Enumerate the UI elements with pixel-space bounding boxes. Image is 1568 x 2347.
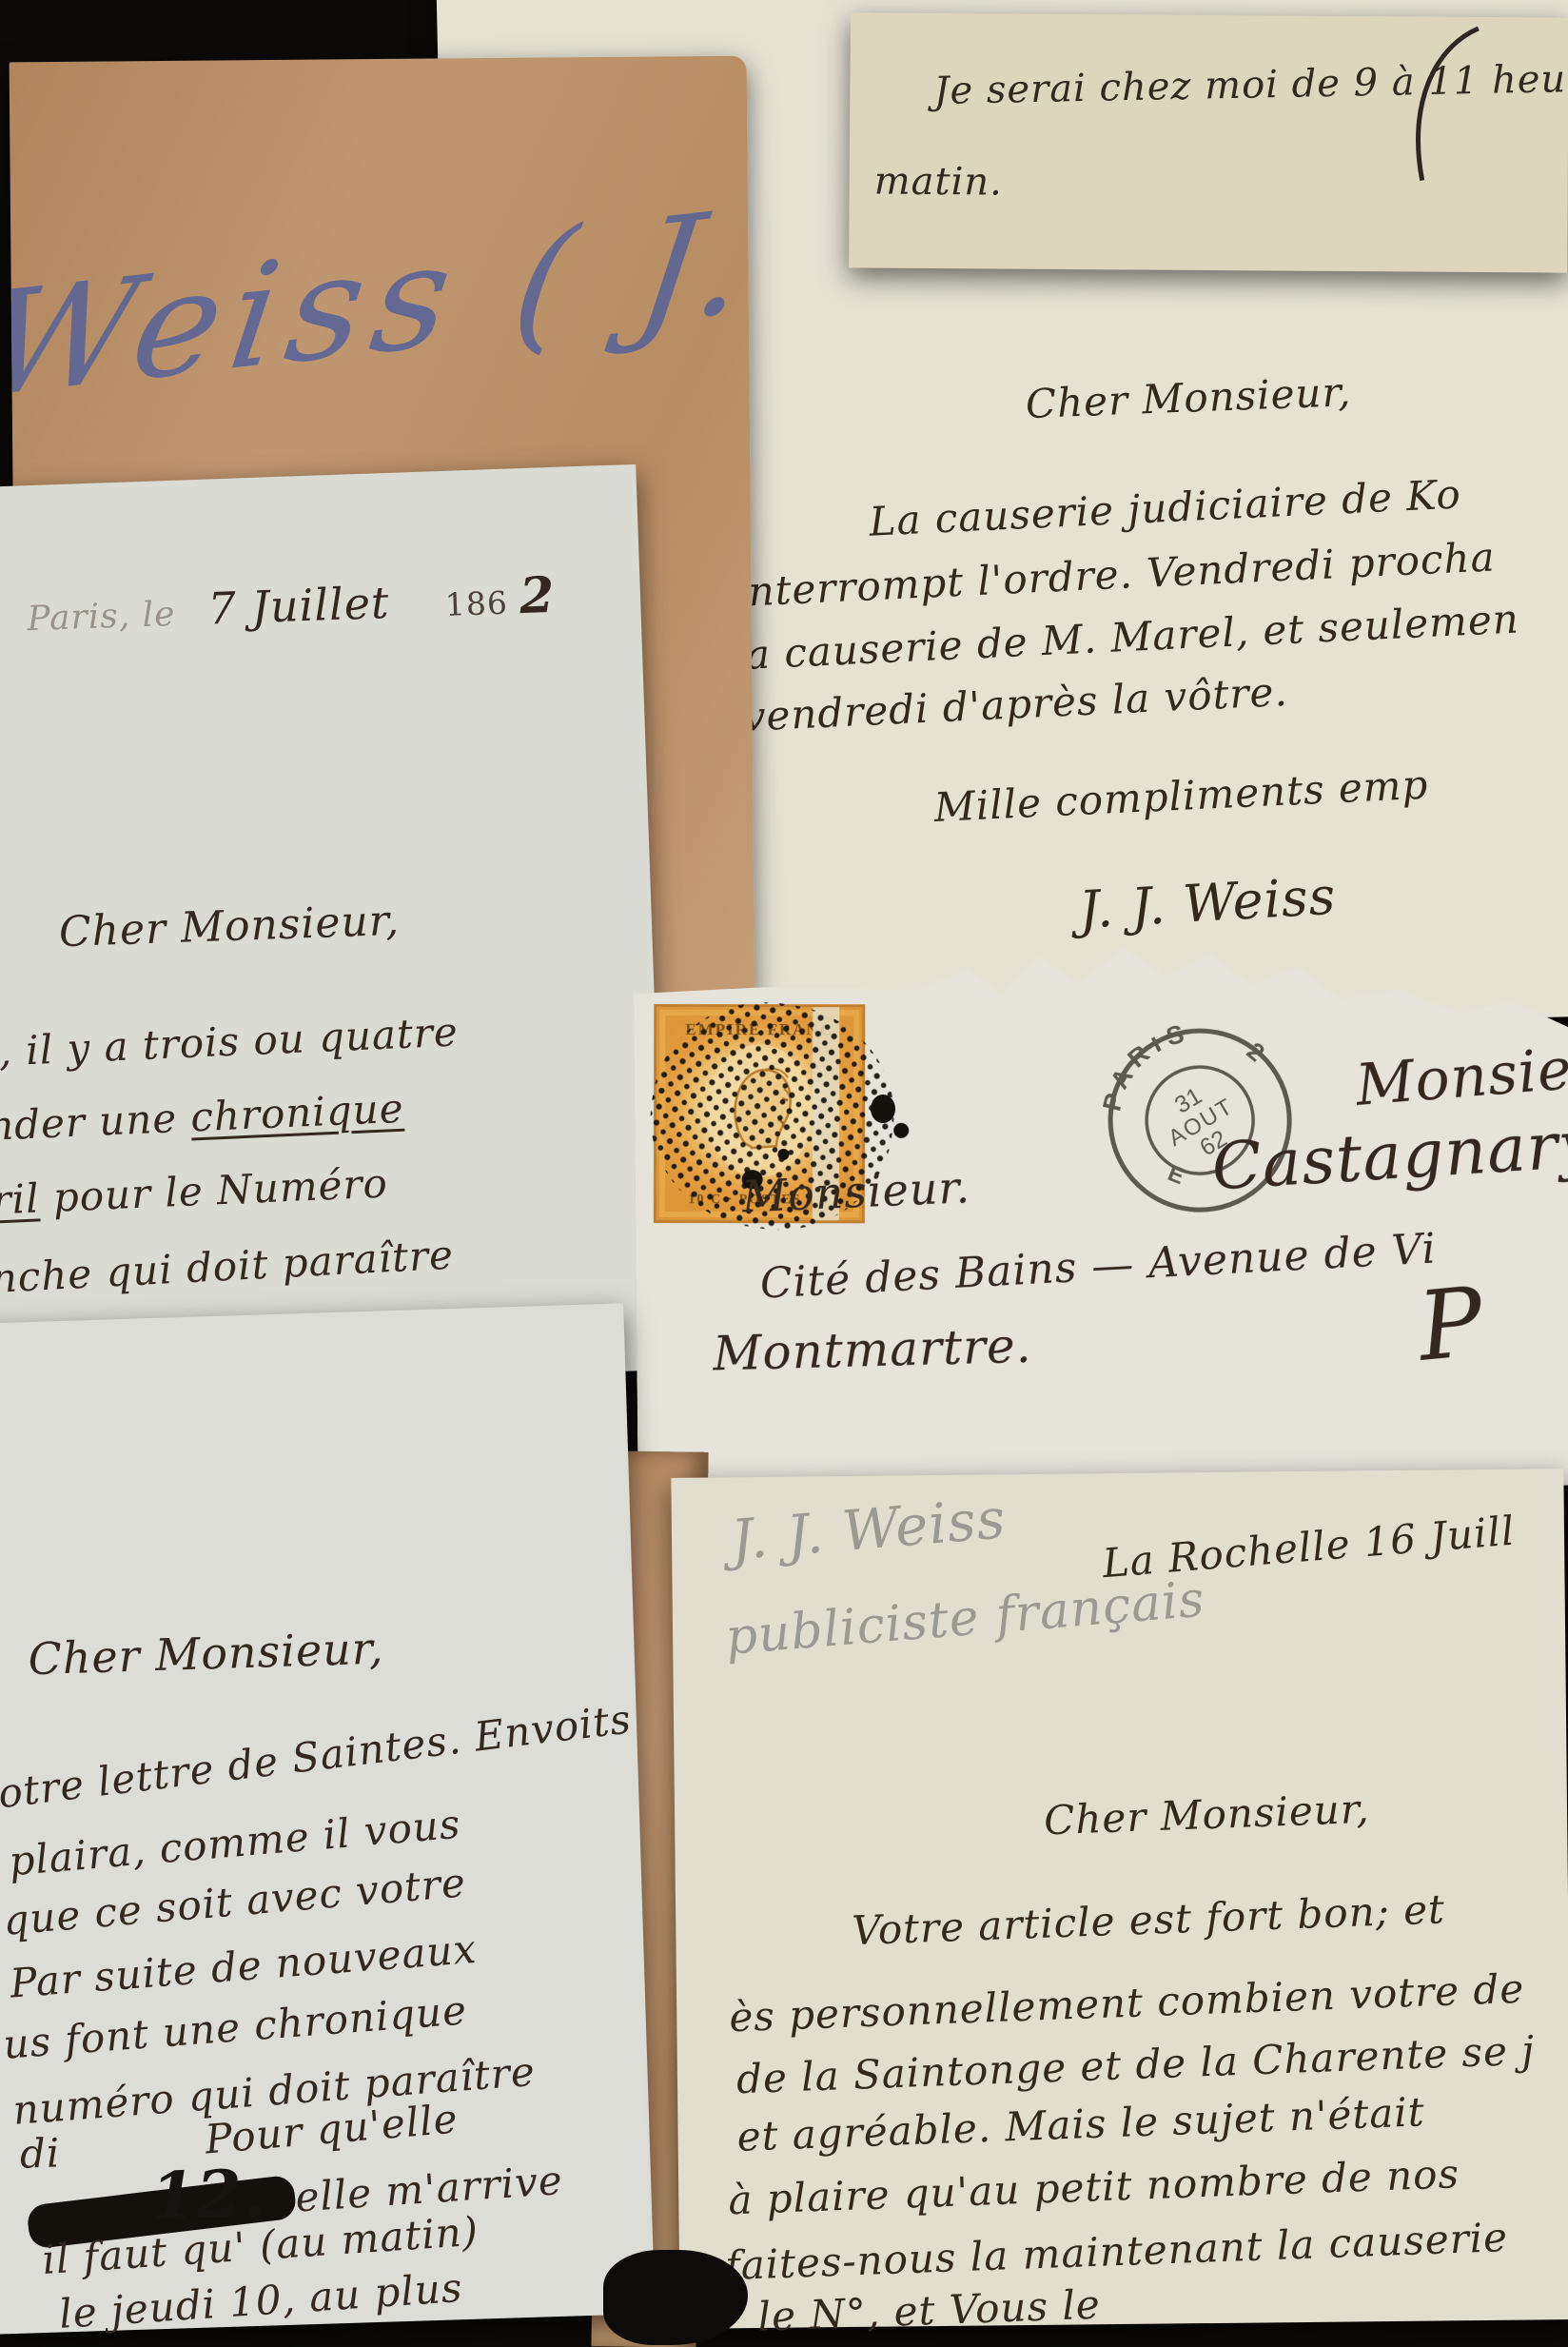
salutation: Cher Monsieur, bbox=[58, 899, 401, 956]
letter-line: vendredi d'après la vôtre. bbox=[742, 671, 1289, 739]
letter-line: anche qui doit paraître bbox=[0, 1234, 455, 1302]
address-city-initial: P bbox=[1414, 1272, 1488, 1377]
rochelle-letter-paper: J. J. Weiss publiciste français La Roche… bbox=[671, 1469, 1568, 2329]
line-part: ander une bbox=[0, 1095, 191, 1151]
ink-smudge bbox=[893, 1123, 909, 1138]
pencil-annotation: J. J. Weiss bbox=[729, 1489, 1008, 1569]
saintes-letter-paper: Cher Monsieur, otre lettre de Saintes. E… bbox=[0, 1303, 656, 2334]
salutation: Cher Monsieur, bbox=[1025, 371, 1352, 425]
letter-line: ès personnellement combien votre de bbox=[729, 1968, 1525, 2040]
ink-smudge bbox=[777, 1149, 789, 1160]
ink-smudge bbox=[871, 1095, 895, 1123]
closing-line: Mille compliments emp bbox=[933, 764, 1429, 830]
line-part: pour le Numéro bbox=[38, 1159, 388, 1221]
svg-text:E: E bbox=[1156, 1155, 1196, 1194]
photograph-of-letters: Cher Monsieur, La causerie judiciaire de… bbox=[0, 0, 1568, 2347]
letter-line: faites-nous la maintenant la causerie bbox=[724, 2217, 1508, 2287]
letter-line: La causerie judiciaire de Ko bbox=[869, 473, 1462, 542]
underlined-word: chronique bbox=[189, 1085, 404, 1141]
letterhead-year-written: 2 bbox=[519, 566, 556, 625]
address-name-line1: Monsieur bbox=[1354, 1035, 1568, 1116]
letter-line: éril pour le Numéro bbox=[0, 1162, 389, 1222]
address-street: Cité des Bains — Avenue de Vi bbox=[759, 1227, 1438, 1306]
note-fragment-paper: Je serai chez moi de 9 à 11 heur matin. bbox=[849, 12, 1568, 272]
letterhead-year-printed: 186 bbox=[444, 584, 508, 623]
letter-line: ander une chronique bbox=[0, 1088, 404, 1149]
background-gap bbox=[603, 2250, 748, 2345]
underlined-word: éril bbox=[0, 1174, 41, 1224]
dateline: La Rochelle 16 Juill bbox=[1101, 1510, 1517, 1586]
letter-line: di bbox=[19, 2132, 61, 2175]
letter-line: et agréable. Mais le sujet n'était bbox=[736, 2091, 1425, 2159]
crossout-number: 12. bbox=[149, 2160, 266, 2232]
pencil-annotation: publiciste français bbox=[724, 1574, 1207, 1665]
address-district: Montmartre. bbox=[713, 1321, 1032, 1379]
salutation: Cher Monsieur, bbox=[28, 1625, 384, 1682]
letter-line: à plaire qu'au petit nombre de nos bbox=[728, 2153, 1460, 2221]
letter-line: otre lettre de Saintes. Envoits bbox=[0, 1698, 634, 1815]
letterhead: Paris, le 7 Juillet 186 2 bbox=[26, 570, 556, 641]
envelope-paper: EMPIRE FRANC 10 C · POSTES · C bbox=[634, 938, 1568, 1494]
signature: J. J. Weiss bbox=[1078, 870, 1338, 938]
paris-letter-paper: Paris, le 7 Juillet 186 2 Cher Monsieur,… bbox=[0, 464, 667, 1393]
wrapper-inscription: Weiss ( J. J. bbox=[10, 167, 755, 423]
postmark: PARIS 2 31 AOUT 62 E bbox=[1069, 990, 1330, 1251]
letter-line: Votre article est fort bon; et bbox=[852, 1888, 1446, 1952]
letter-line: it, il y a trois ou quatre bbox=[0, 1011, 460, 1075]
letter-line: le N°, et Vous le bbox=[757, 2284, 1102, 2338]
address-title: Monsieur. bbox=[741, 1164, 971, 1220]
postmark-letter: E bbox=[1156, 1155, 1196, 1194]
letterhead-day: 7 Juillet bbox=[207, 577, 391, 635]
salutation: Cher Monsieur, bbox=[1043, 1788, 1370, 1843]
letterhead-place: Paris, le bbox=[27, 595, 176, 639]
note-line: matin. bbox=[874, 162, 1003, 203]
